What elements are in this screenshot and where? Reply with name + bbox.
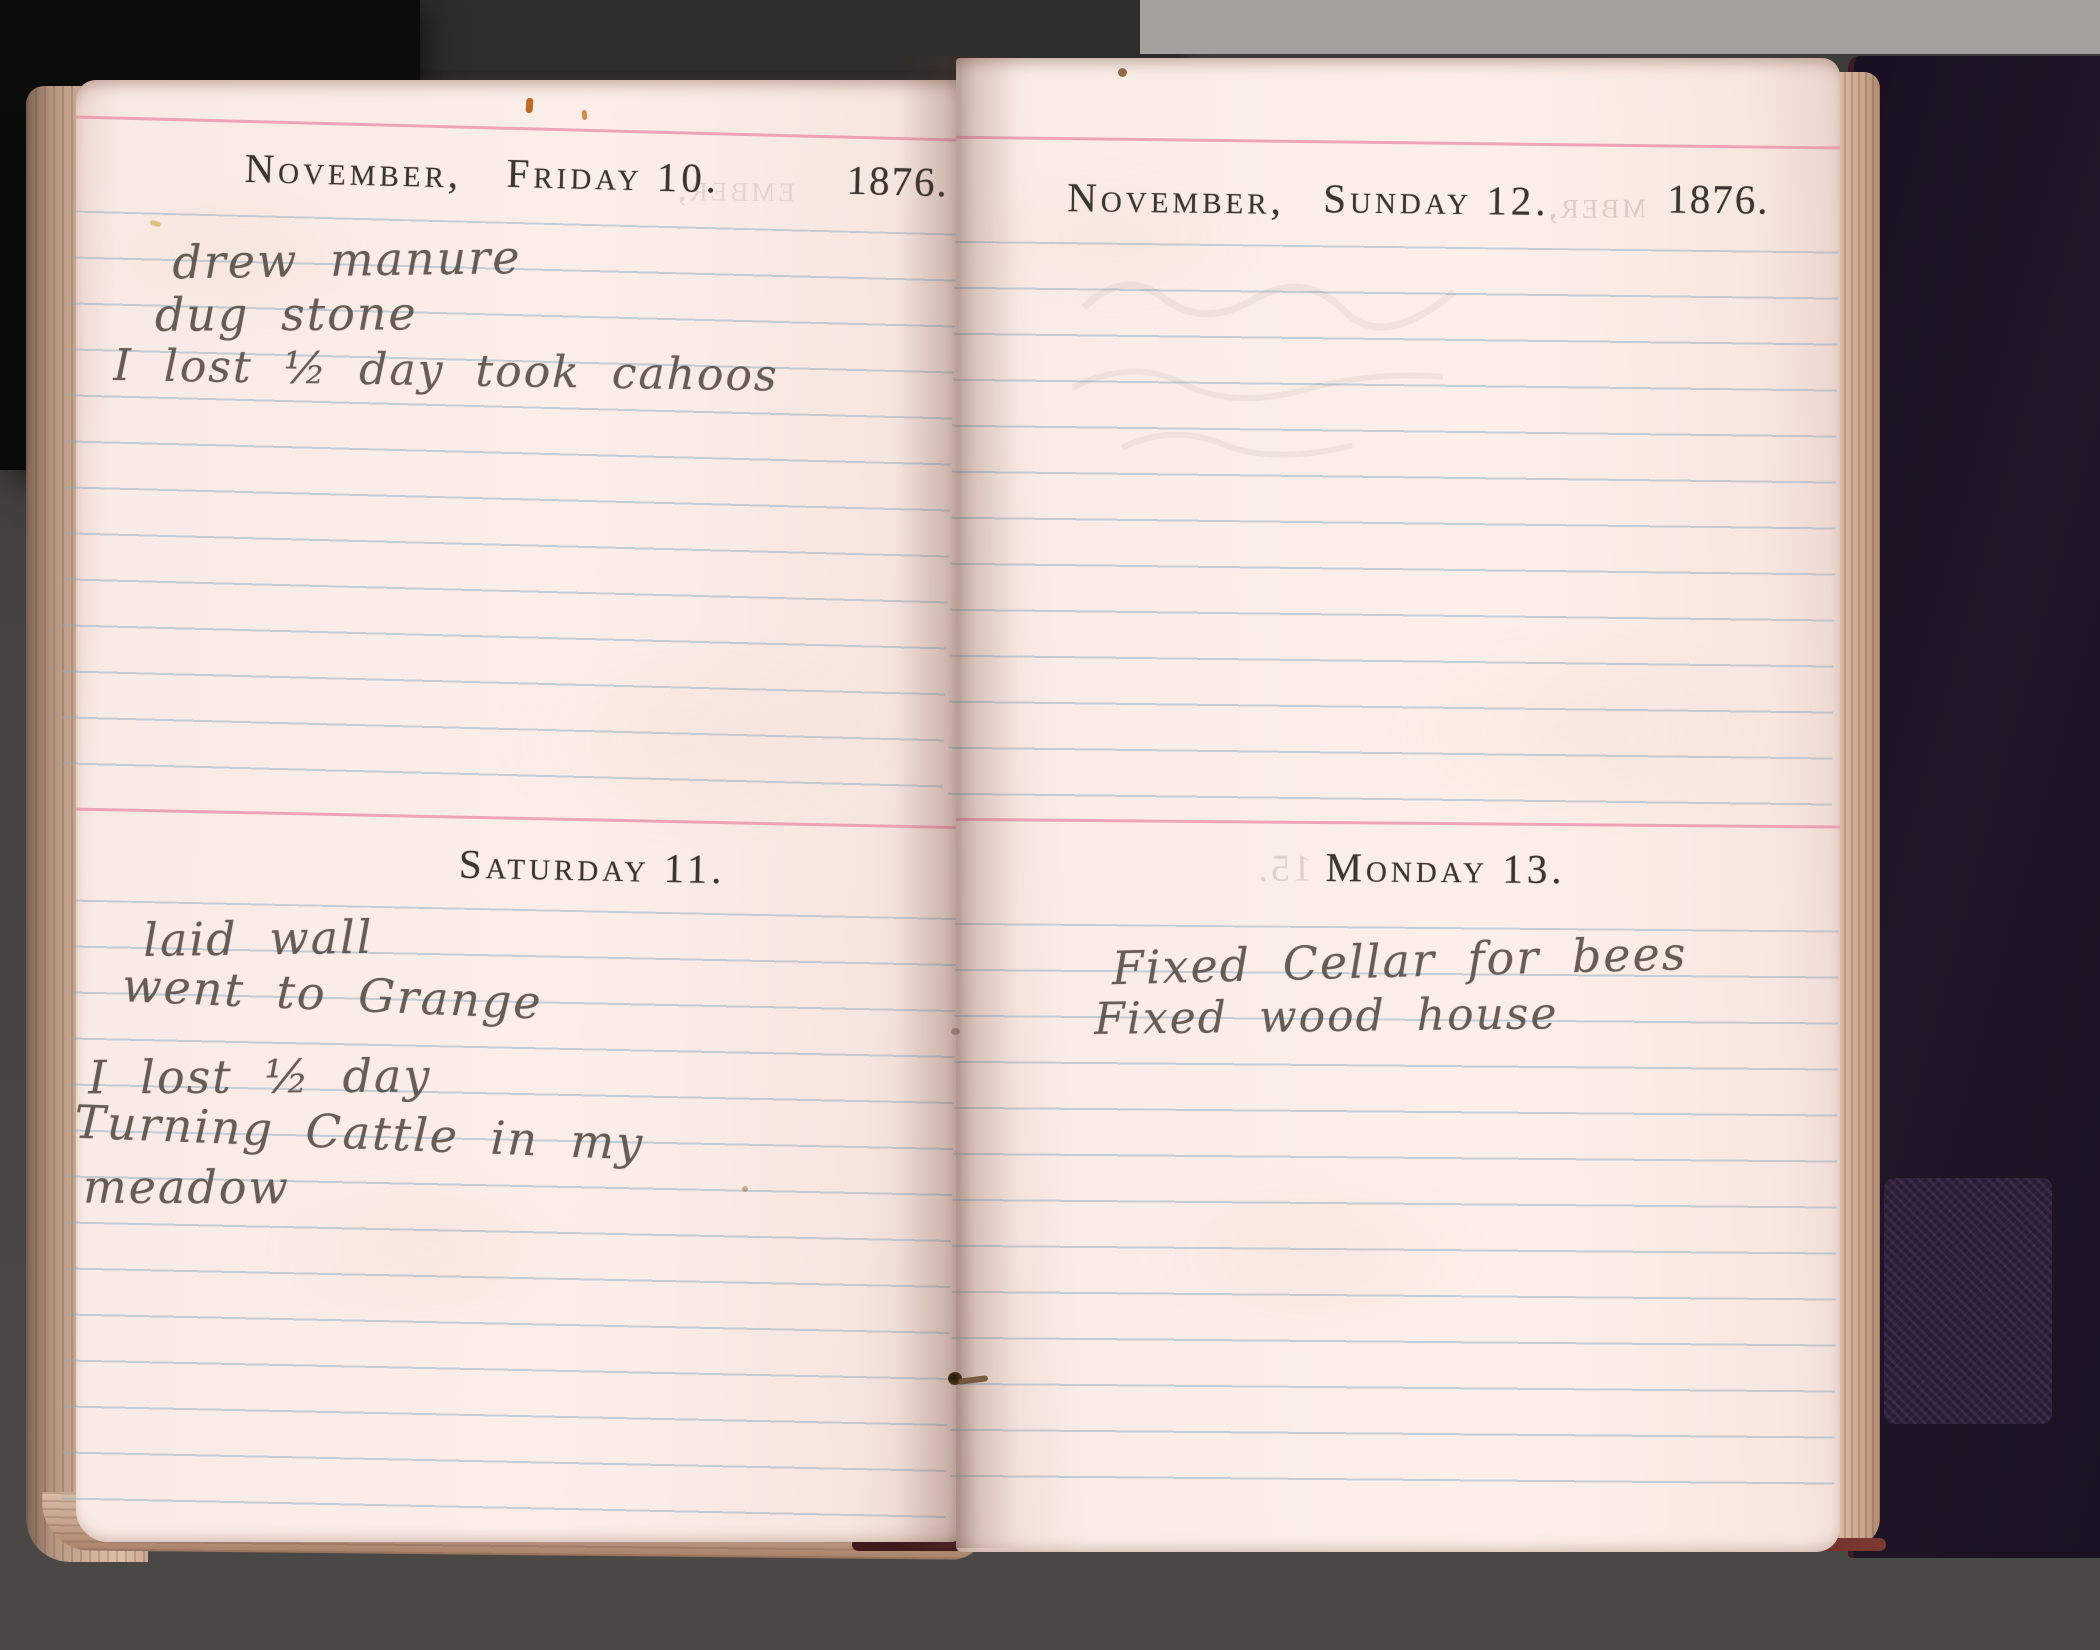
diary-entry-line: dug stone xyxy=(155,286,418,341)
diary-entry-line: I lost ½ day took cahoos xyxy=(113,340,779,401)
paper-speck xyxy=(1118,68,1127,77)
paper-speck xyxy=(581,110,587,120)
year-label: 1876. xyxy=(1667,174,1770,223)
scanner-background-top-right xyxy=(1140,0,2100,54)
diary-entry-line: drew manure xyxy=(172,230,522,289)
paper-speck xyxy=(525,98,533,113)
section-sunday: mber, November, Sunday 12. 1876. xyxy=(948,136,1840,829)
month-label: November, xyxy=(1067,173,1285,224)
section-saturday: Saturday 11. laid wall went to Grange I … xyxy=(61,808,960,1556)
day-label: Saturday 11. xyxy=(458,840,726,894)
month-label: November, xyxy=(244,144,463,198)
diary-entry-line: meadow xyxy=(83,1160,290,1215)
diary-page-right: mber, November, Sunday 12. 1876. 15. Mon… xyxy=(956,58,1840,1552)
year-label: 1876. xyxy=(846,156,949,207)
diary-entry-line: I lost ½ day xyxy=(88,1049,431,1105)
bleedthrough-text: 15. xyxy=(1255,846,1312,890)
binding-stitch-dot xyxy=(951,1028,960,1035)
diary-page-left: ember, November, Friday 10. 1876. drew m… xyxy=(76,80,960,1542)
bleedthrough-text: mber, xyxy=(1545,183,1646,228)
day-label: Friday 10. xyxy=(506,149,721,203)
pink-rule xyxy=(956,136,1840,150)
ruled-lines xyxy=(948,241,1839,825)
pink-rule xyxy=(76,115,960,141)
diary-entry-line: Fixed wood house xyxy=(1094,988,1559,1045)
section-friday: ember, November, Friday 10. 1876. drew m… xyxy=(58,115,960,830)
book-cover-texture xyxy=(1884,1178,2052,1424)
diary-entry-line: laid wall xyxy=(143,910,374,967)
paper-speck xyxy=(742,1186,748,1192)
day-label: Monday 13. xyxy=(1325,843,1565,893)
section-monday: 15. Monday 13. Fixed Cellar for bees Fix… xyxy=(950,818,1840,1538)
day-label: Sunday 12. xyxy=(1323,174,1550,225)
